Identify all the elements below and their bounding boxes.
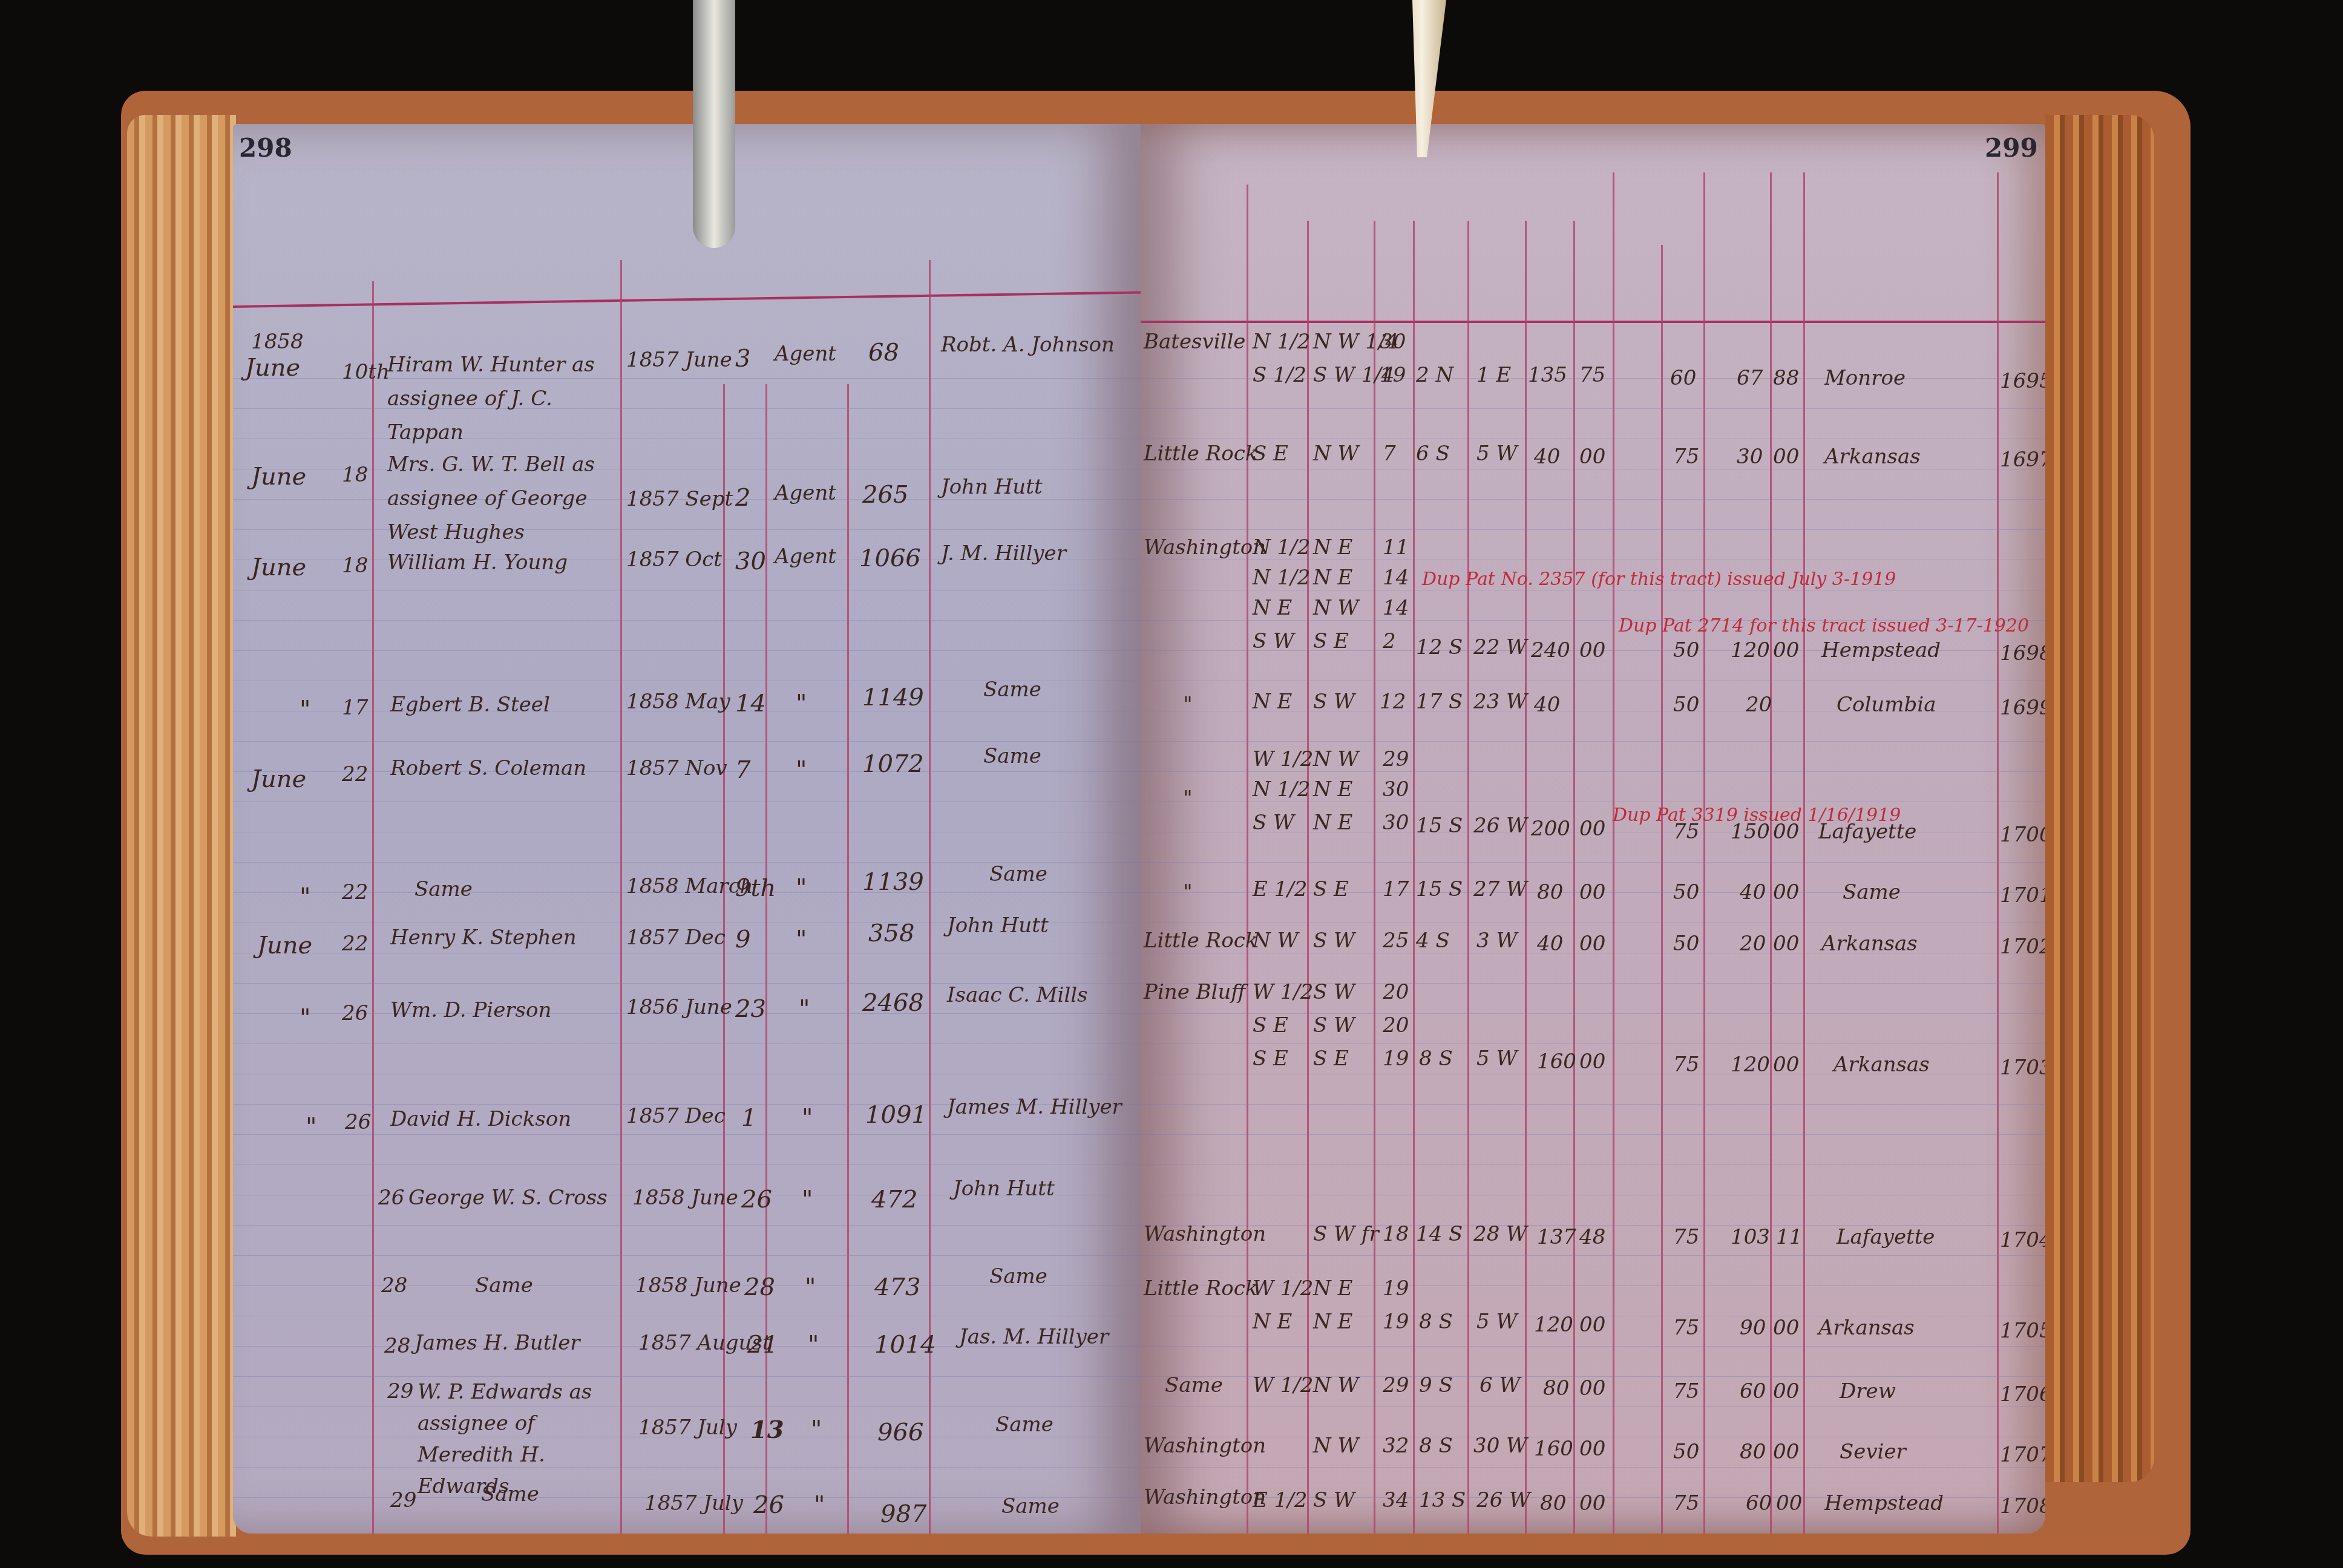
tract-section: 29 (1383, 747, 1409, 771)
entry-loc-date: 1858 May (626, 690, 730, 714)
amount: 150 (1731, 820, 1770, 844)
entry-loc-day: 1 (741, 1104, 756, 1132)
entry-day: 29 (390, 1488, 416, 1512)
township: 8 S (1419, 1047, 1453, 1071)
col-divider (723, 384, 725, 1534)
entry-loc-date: 1856 June (626, 995, 732, 1019)
tract-quarter: N E (1313, 566, 1352, 590)
tract-quarter: N E (1313, 535, 1352, 560)
cents: 00 (1776, 1491, 1802, 1515)
entry-loc-date: 1857 July (644, 1491, 743, 1515)
entry-month: June (251, 765, 306, 793)
entry-number: 473 (874, 1273, 920, 1301)
entry-type: " (802, 1186, 813, 1214)
acres-fraction: 00 (1579, 1313, 1605, 1337)
rate: 50 (1673, 693, 1699, 717)
tract-section: 2 (1383, 629, 1396, 653)
tract-part: N E (1253, 596, 1292, 620)
acres: 160 (1534, 1437, 1573, 1461)
rate: 75 (1673, 1379, 1699, 1403)
tract-section: 19 (1383, 1310, 1409, 1334)
tract-part: S W (1253, 629, 1294, 653)
col-divider (1770, 172, 1772, 1534)
entry-loc-day: 23 (735, 995, 766, 1023)
entry-type: " (796, 874, 807, 902)
acres-fraction: 00 (1579, 1376, 1605, 1400)
entry-number: 1014 (874, 1331, 936, 1359)
col-divider (1374, 221, 1375, 1534)
page-weight-knife (693, 0, 735, 248)
acres-fraction: 00 (1579, 1491, 1605, 1515)
entry-loc-day: 13 (750, 1416, 784, 1444)
county: Arkansas (1824, 445, 1921, 469)
entry-month: " (300, 696, 310, 724)
county: Lafayette (1837, 1225, 1935, 1249)
patent-number: 1697 (2000, 448, 2045, 472)
entry-day: 10th (342, 360, 390, 384)
entry-day: 18 (342, 554, 368, 578)
tract-section: 30 (1383, 777, 1409, 802)
patent-number: 1702 (2000, 935, 2045, 959)
col-divider (1573, 221, 1575, 1534)
cents: 00 (1773, 880, 1799, 904)
duplicate-patent-note: Dup Pat No. 2357 (for this tract) issued… (1422, 569, 1896, 590)
tract-part: N 1/2 (1253, 566, 1310, 590)
entry-type: " (814, 1491, 825, 1519)
amount: 120 (1731, 1053, 1770, 1077)
col-divider (847, 384, 849, 1534)
county: Columbia (1837, 693, 1936, 717)
tract-section: 32 (1383, 1434, 1409, 1458)
acres-fraction: 00 (1579, 880, 1605, 904)
patent-number: 1703 (2000, 1056, 2045, 1080)
entry-number: 2468 (862, 989, 924, 1017)
entry-number: 1139 (862, 868, 924, 896)
tract-section: 12 (1380, 690, 1406, 714)
cents: 00 (1773, 1440, 1799, 1464)
entry-day: 18 (342, 463, 368, 487)
county: Arkansas (1818, 1316, 1915, 1340)
entry-register: Same (983, 678, 1041, 702)
entry-register: Same (989, 1264, 1047, 1289)
tract-quarter: N W (1313, 747, 1359, 771)
col-divider (620, 260, 622, 1534)
amount: 60 (1746, 1491, 1772, 1515)
range: 1 E (1476, 363, 1511, 387)
entry-month: June (251, 554, 306, 581)
amount: 60 (1740, 1379, 1766, 1403)
entry-type: " (811, 1416, 822, 1443)
patent-number: 1706 (2000, 1382, 2045, 1406)
cents: 00 (1773, 932, 1799, 956)
col-divider (1247, 185, 1248, 1534)
amount: 103 (1731, 1225, 1770, 1249)
tract-quarter: S W (1313, 1488, 1355, 1512)
tract-part: N 1/2 (1253, 535, 1310, 560)
entry-loc-day: 26 (753, 1491, 784, 1519)
rate: 50 (1673, 638, 1699, 662)
tract-part: W 1/2 (1253, 980, 1313, 1004)
land-office: " (1183, 786, 1193, 811)
acres-fraction: 00 (1579, 445, 1605, 469)
patent-number: 1704 (2000, 1228, 2045, 1252)
acres: 80 (1540, 1491, 1566, 1515)
entry-loc-date: 1857 Sept (626, 487, 733, 511)
entry-number: 1066 (859, 544, 921, 572)
entry-name: George W. S. Cross (408, 1186, 608, 1210)
entry-type: Agent (775, 544, 836, 569)
amount: 30 (1737, 445, 1763, 469)
amount: 20 (1746, 693, 1772, 717)
township: 17 S (1416, 690, 1463, 714)
tract-section: 18 (1383, 1222, 1409, 1246)
patent-number: 1707 (2000, 1443, 2045, 1467)
entry-type: " (802, 1104, 813, 1132)
entry-name: William H. Young (387, 550, 568, 575)
township: 8 S (1419, 1434, 1453, 1458)
entry-register: Same (989, 862, 1047, 886)
entry-day: 28 (384, 1334, 410, 1358)
tract-quarter: N W (1313, 1434, 1359, 1458)
entry-type: Agent (775, 342, 836, 366)
land-office: Washington (1144, 1434, 1266, 1458)
tract-section: 20 (1383, 980, 1409, 1004)
land-office: Washington (1144, 1485, 1266, 1509)
amount: 40 (1740, 880, 1766, 904)
col-divider (1613, 172, 1614, 1534)
entry-day: 26 (342, 1001, 368, 1025)
rate: 75 (1673, 1225, 1699, 1249)
entry-type: " (796, 926, 807, 953)
entry-number: 1149 (862, 684, 924, 711)
township: 2 N (1416, 363, 1453, 387)
tract-section: 20 (1383, 1013, 1409, 1037)
tract-quarter: N E (1313, 1310, 1352, 1334)
entry-loc-day: 21 (747, 1331, 778, 1359)
entry-loc-date: 1857 July (638, 1416, 737, 1440)
right-page-number: 299 (1985, 133, 2038, 163)
entry-loc-day: 9 (735, 926, 750, 953)
col-divider (1307, 221, 1309, 1534)
land-office: Washington (1144, 535, 1266, 560)
county: Sevier (1840, 1440, 1906, 1464)
tract-part: E 1/2 (1253, 877, 1307, 901)
entry-number: 68 (868, 339, 899, 367)
entry-loc-date: 1857 Dec (626, 926, 726, 950)
range: 23 W (1473, 690, 1527, 714)
entry-loc-day: 28 (744, 1273, 775, 1301)
tract-quarter: S W (1313, 980, 1355, 1004)
land-office: Same (1165, 1373, 1223, 1397)
entry-loc-date: 1858 June (635, 1273, 741, 1298)
entry-day: 22 (342, 932, 368, 956)
acres-fraction: 00 (1579, 932, 1605, 956)
entry-register: J. M. Hillyer (941, 541, 1066, 566)
range: 5 W (1476, 1310, 1517, 1334)
entry-register: Robt. A. Johnson (941, 333, 1115, 357)
county: Hempstead (1824, 1491, 1944, 1515)
entry-number: 987 (880, 1500, 926, 1528)
county: Lafayette (1818, 820, 1916, 844)
tract-part: N W (1253, 929, 1299, 953)
tract-section: 34 (1383, 1488, 1409, 1512)
township: 8 S (1419, 1310, 1453, 1334)
tract-quarter: S E (1313, 1047, 1349, 1071)
entry-name: Hiram W. Hunter as assignee of J. C. Tap… (387, 348, 605, 449)
entry-day: 28 (381, 1273, 407, 1298)
township: 6 S (1416, 442, 1450, 466)
tract-section: 14 (1383, 596, 1409, 620)
entry-name: David H. Dickson (390, 1107, 571, 1131)
county: Arkansas (1833, 1053, 1930, 1077)
col-divider (1413, 221, 1415, 1534)
patent-number: 1705 (2000, 1319, 2045, 1343)
amount: 120 (1731, 638, 1770, 662)
entry-loc-date: 1858 June (632, 1186, 738, 1210)
entry-number: 358 (868, 920, 914, 947)
tract-part: N 1/2 (1253, 777, 1310, 802)
tract-part: S 1/2 (1253, 363, 1306, 387)
entry-register: John Hutt (947, 913, 1049, 938)
entry-month: " (306, 1113, 316, 1141)
amount: 67 (1737, 366, 1763, 390)
rate: 75 (1673, 820, 1699, 844)
tract-part: N 1/2 (1253, 330, 1310, 354)
range: 5 W (1476, 1047, 1517, 1071)
range: 30 W (1473, 1434, 1527, 1458)
cents: 00 (1773, 1379, 1799, 1403)
acres-fraction: 00 (1579, 1437, 1605, 1461)
range: 5 W (1476, 442, 1517, 466)
cents: 00 (1773, 638, 1799, 662)
township: 14 S (1416, 1222, 1463, 1246)
tract-part: S E (1253, 442, 1288, 466)
entry-name: Same (481, 1482, 539, 1506)
entry-name: Robert S. Coleman (390, 756, 586, 780)
entry-month: June (251, 463, 306, 491)
acres: 80 (1543, 1376, 1569, 1400)
tract-section: 19 (1383, 1276, 1409, 1301)
entry-register: Same (1001, 1494, 1060, 1518)
tract-part: N E (1253, 1310, 1292, 1334)
township: 9 S (1419, 1373, 1453, 1397)
range: 3 W (1476, 929, 1517, 953)
tract-section: 19 (1380, 363, 1406, 387)
entry-register: John Hutt (953, 1177, 1055, 1201)
land-office: Little Rock (1144, 442, 1257, 466)
entry-register: James M. Hillyer (947, 1095, 1122, 1119)
tract-quarter: S W (1313, 690, 1355, 714)
rate: 50 (1673, 1440, 1699, 1464)
township: 12 S (1416, 635, 1463, 659)
entry-month: June (245, 354, 300, 382)
entry-loc-date: 1858 March (626, 874, 753, 898)
acres: 40 (1534, 693, 1560, 717)
entry-month: " (300, 883, 310, 911)
patent-number: 1708 (2000, 1494, 2045, 1518)
tract-section: 17 (1383, 877, 1409, 901)
county: Hempstead (1821, 638, 1941, 662)
entry-number: 1091 (865, 1101, 927, 1129)
entry-name: Wm. D. Pierson (390, 998, 551, 1022)
township: 4 S (1416, 929, 1450, 953)
tract-quarter: S W (1313, 929, 1355, 953)
tract-part: W 1/2 (1253, 1276, 1313, 1301)
col-divider (1803, 172, 1805, 1534)
left-page-number: 298 (239, 133, 292, 163)
col-divider (1467, 221, 1469, 1534)
acres-fraction: 00 (1579, 1050, 1605, 1074)
tract-quarter: S W fr (1313, 1222, 1379, 1246)
land-office: " (1183, 693, 1193, 717)
tract-section: 29 (1383, 1373, 1409, 1397)
entry-type: " (805, 1273, 816, 1301)
entry-number: 966 (877, 1419, 923, 1446)
land-office: Washington (1144, 1222, 1266, 1246)
entry-month: June (257, 932, 312, 959)
tract-part: S E (1253, 1013, 1288, 1037)
entry-month: " (300, 1004, 310, 1032)
range: 26 W (1476, 1488, 1530, 1512)
patent-number: 1695 (2000, 369, 2045, 393)
township: 15 S (1416, 877, 1463, 901)
entry-register: Jas. M. Hillyer (959, 1325, 1109, 1349)
tract-quarter: N E (1313, 777, 1352, 802)
tract-quarter: N E (1313, 1276, 1352, 1301)
duplicate-patent-note: Dup Pat 2714 for this tract issued 3-17-… (1619, 615, 2029, 636)
tract-part: W 1/2 (1253, 747, 1313, 771)
amount: 80 (1740, 1440, 1766, 1464)
acres: 120 (1534, 1313, 1573, 1337)
entry-loc-date: 1857 Dec (626, 1104, 726, 1128)
tract-part: W 1/2 (1253, 1373, 1313, 1397)
land-office: " (1183, 880, 1193, 904)
acres-fraction: 48 (1579, 1225, 1605, 1249)
land-office: Little Rock (1144, 1276, 1257, 1301)
tract-part: E 1/2 (1253, 1488, 1307, 1512)
entry-type: " (796, 690, 807, 717)
entry-day: 22 (342, 762, 368, 786)
rate: 75 (1673, 445, 1699, 469)
county: Monroe (1824, 366, 1906, 390)
entry-year: 1858 (251, 330, 304, 354)
amount: 90 (1740, 1316, 1766, 1340)
rate: 75 (1673, 1491, 1699, 1515)
acres-fraction: 00 (1579, 817, 1605, 841)
entry-type: " (799, 995, 810, 1023)
tract-quarter: S E (1313, 629, 1349, 653)
entry-day: 22 (342, 880, 368, 904)
acres: 200 (1531, 817, 1570, 841)
entry-name: Henry K. Stephen (390, 926, 577, 950)
township: 15 S (1416, 814, 1463, 838)
entry-name: Mrs. G. W. T. Bell as assignee of George… (387, 448, 605, 549)
acres: 137 (1537, 1225, 1576, 1249)
entry-loc-date: 1857 Oct (626, 547, 722, 572)
cents: 00 (1773, 1053, 1799, 1077)
entry-register: John Hutt (941, 475, 1043, 499)
left-page: 298 1858 June 10th Hiram W. Hunter as as… (233, 124, 1141, 1534)
county: Drew (1840, 1379, 1896, 1403)
entry-loc-day: 7 (735, 756, 750, 784)
tract-part: S W (1253, 811, 1294, 835)
acres: 240 (1531, 638, 1570, 662)
acres: 80 (1537, 880, 1563, 904)
entry-number: 472 (871, 1186, 917, 1214)
acres-fraction: 00 (1579, 638, 1605, 662)
right-page: 299 Batesville N 1/2 N W 1/4 30 S 1/2 S … (1141, 124, 2045, 1534)
header-rule (233, 291, 1141, 308)
county: Arkansas (1821, 932, 1918, 956)
tract-section: 30 (1383, 811, 1409, 835)
tract-quarter: N E (1313, 811, 1352, 835)
tract-quarter: S E (1313, 877, 1349, 901)
entry-day: 26 (345, 1110, 371, 1134)
tract-section: 7 (1383, 442, 1396, 466)
acres: 40 (1534, 445, 1560, 469)
cents: 11 (1776, 1225, 1802, 1249)
entry-day: 29 (387, 1379, 413, 1403)
entry-register: Same (983, 744, 1041, 768)
entry-name: James H. Butler (415, 1331, 580, 1355)
tract-quarter: S W (1313, 1013, 1355, 1037)
range: 27 W (1473, 877, 1527, 901)
tract-quarter: N W (1313, 1373, 1359, 1397)
page-edges-right (2045, 115, 2154, 1482)
tract-section: 11 (1383, 535, 1409, 560)
entry-loc-day: 26 (741, 1186, 772, 1214)
range: 26 W (1473, 814, 1527, 838)
acres: 160 (1537, 1050, 1576, 1074)
entry-name: Same (475, 1273, 533, 1298)
rate: 75 (1673, 1053, 1699, 1077)
entry-loc-day: 30 (735, 547, 766, 575)
entry-day: 17 (342, 696, 368, 720)
patent-number: 1701 (2000, 883, 2045, 907)
entry-loc-day: 2 (735, 484, 750, 512)
entry-number: 1072 (862, 750, 924, 778)
cents: 00 (1773, 445, 1799, 469)
rate: 60 (1670, 366, 1696, 390)
col-divider (1997, 172, 1999, 1534)
acres: 40 (1537, 932, 1563, 956)
rate: 75 (1673, 1316, 1699, 1340)
county: Same (1843, 880, 1901, 904)
cents: 88 (1773, 366, 1799, 390)
land-office: Batesville (1144, 330, 1245, 354)
entry-register: Isaac C. Mills (947, 983, 1088, 1007)
patent-number: 1698 (2000, 641, 2045, 665)
acres-fraction: 75 (1579, 363, 1605, 387)
entry-register: Same (995, 1413, 1054, 1437)
land-office: Pine Bluff (1144, 980, 1245, 1004)
range: 6 W (1480, 1373, 1520, 1397)
entry-loc-date: 1857 June (626, 348, 732, 372)
entry-loc-day: 9th (735, 874, 776, 902)
rate: 50 (1673, 880, 1699, 904)
entry-loc-date: 1857 Nov (626, 756, 727, 780)
tract-part: S E (1253, 1047, 1288, 1071)
rate: 50 (1673, 932, 1699, 956)
township: 13 S (1419, 1488, 1466, 1512)
entry-name: Same (415, 877, 473, 901)
patent-number: 1699 (2000, 696, 2045, 720)
tract-section: 25 (1383, 929, 1409, 953)
acres: 135 (1528, 363, 1567, 387)
entry-type: Agent (775, 481, 836, 505)
tract-section: 19 (1383, 1047, 1409, 1071)
range: 28 W (1473, 1222, 1527, 1246)
